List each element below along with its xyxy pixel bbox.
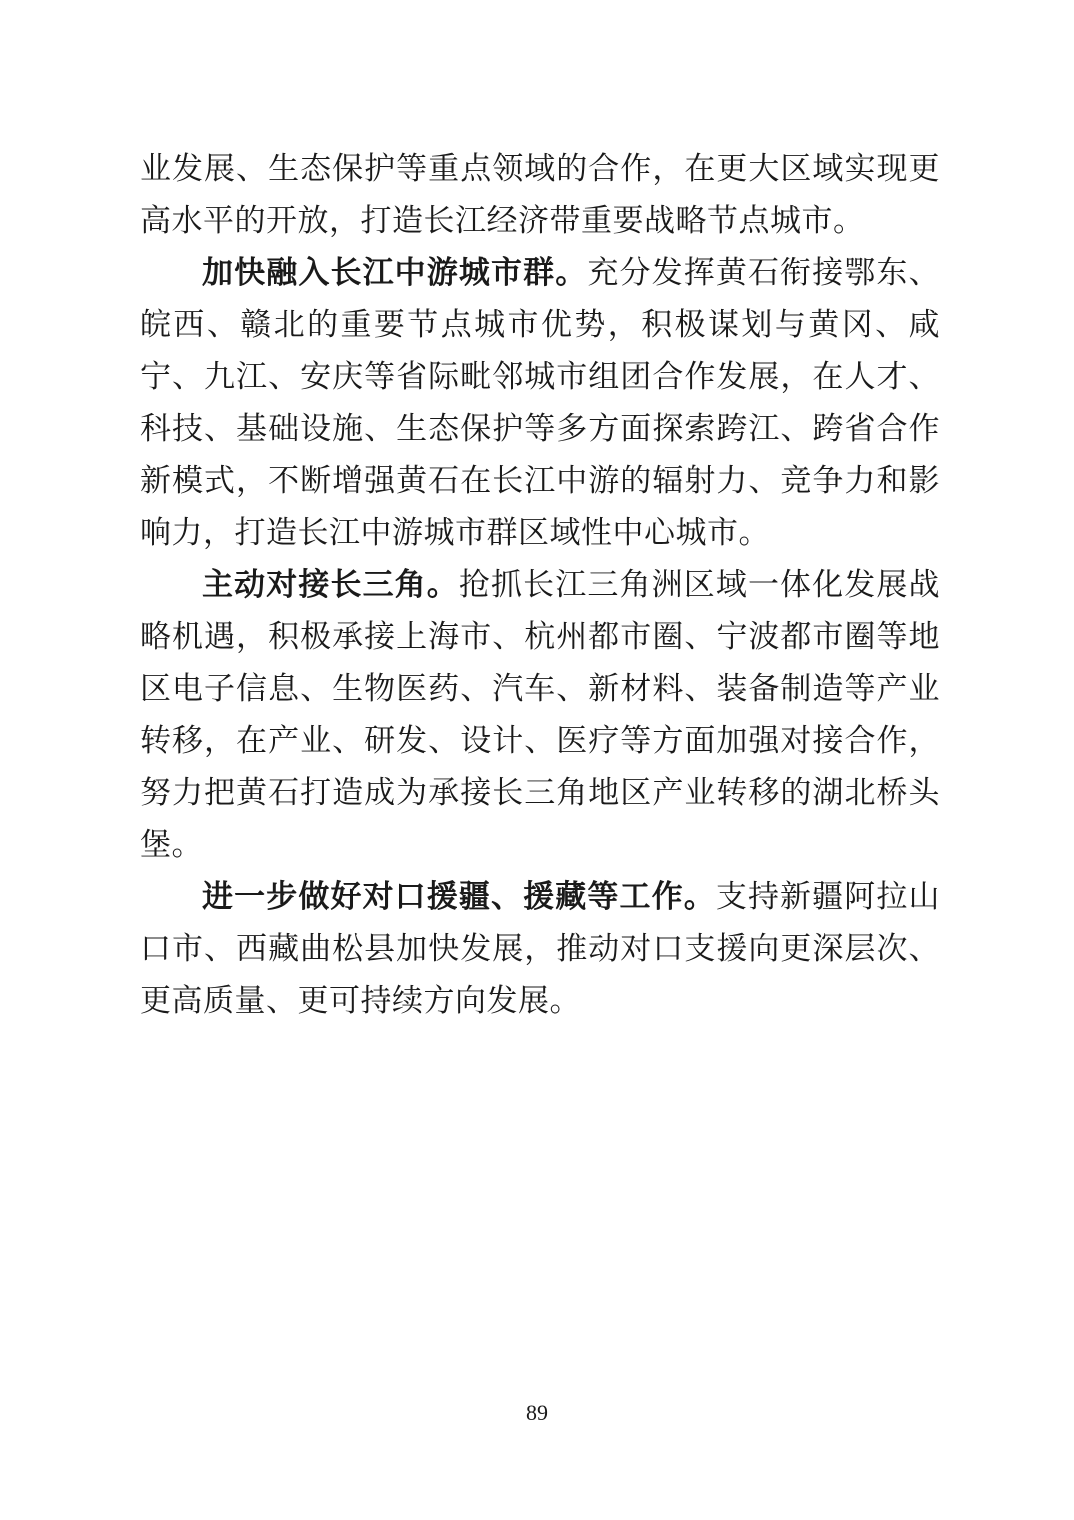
paragraph-2-lead: 加快融入长江中游城市群。 [202, 255, 587, 290]
paragraph-3-lead: 主动对接长三角。 [202, 567, 459, 602]
paragraph-1-text: 业发展、生态保护等重点领域的合作，在更大区域实现更高水平的开放，打造长江经济带重… [140, 151, 940, 238]
paragraph-2: 加快融入长江中游城市群。充分发挥黄石衔接鄂东、皖西、赣北的重要节点城市优势，积极… [140, 247, 940, 559]
paragraph-3-text: 抢抓长江三角洲区域一体化发展战略机遇，积极承接上海市、杭州都市圈、宁波都市圈等地… [140, 567, 940, 862]
document-page: 业发展、生态保护等重点领域的合作，在更大区域实现更高水平的开放，打造长江经济带重… [0, 0, 1074, 1520]
paragraph-4: 进一步做好对口援疆、援藏等工作。支持新疆阿拉山口市、西藏曲松县加快发展，推动对口… [140, 871, 940, 1027]
page-number: 89 [0, 1398, 1074, 1428]
paragraph-3: 主动对接长三角。抢抓长江三角洲区域一体化发展战略机遇，积极承接上海市、杭州都市圈… [140, 559, 940, 871]
paragraph-1: 业发展、生态保护等重点领域的合作，在更大区域实现更高水平的开放，打造长江经济带重… [140, 143, 940, 247]
paragraph-2-text: 充分发挥黄石衔接鄂东、皖西、赣北的重要节点城市优势，积极谋划与黄冈、咸宁、九江、… [140, 255, 940, 550]
paragraph-4-lead: 进一步做好对口援疆、援藏等工作。 [202, 879, 716, 914]
document-body: 业发展、生态保护等重点领域的合作，在更大区域实现更高水平的开放，打造长江经济带重… [140, 143, 940, 1027]
